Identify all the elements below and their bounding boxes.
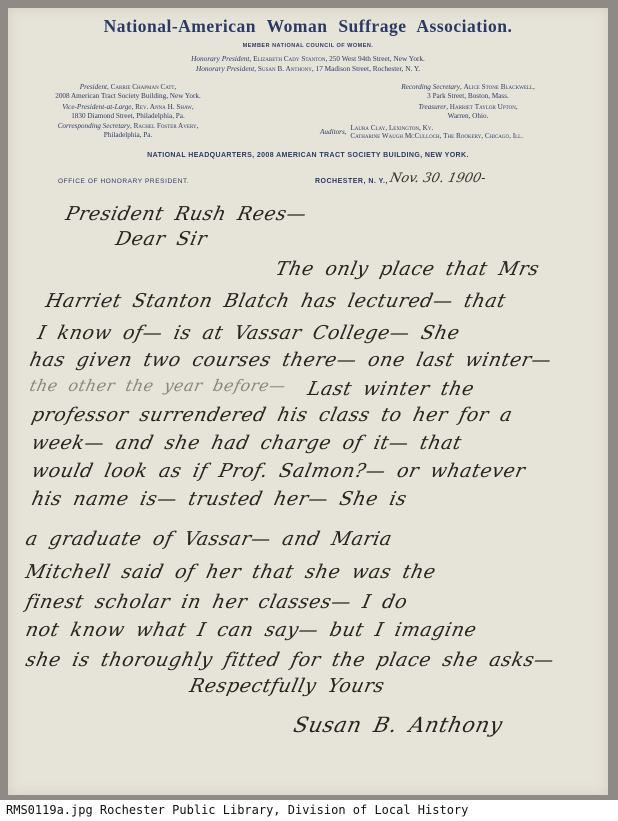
letter-line: Last winter the xyxy=(306,378,477,400)
auditor-2: Catharine Waugh McCulloch, The Rookery, … xyxy=(350,132,523,140)
letter-line: Harriet Stanton Blatch has lectured— tha… xyxy=(44,290,508,312)
officer-auditors: Auditors, Laura Clay, Lexington, Ky. Cat… xyxy=(320,124,523,140)
name: Carrie Chapman Catt, xyxy=(111,83,177,91)
address: 17 Madison Street, Rochester, N. Y. xyxy=(316,64,421,73)
place-line: ROCHESTER, N. Y., xyxy=(315,178,388,185)
letter-line: his name is— trusted her— She is xyxy=(30,488,409,510)
letter-line: The only place that Mrs xyxy=(274,258,542,280)
letter-line: the other the year before— xyxy=(28,376,288,395)
letter-line: Mitchell said of her that she was the xyxy=(24,561,438,583)
address: 250 West 94th Street, New York. xyxy=(329,54,425,63)
office-line: OFFICE OF HONORARY PRESIDENT. xyxy=(58,178,189,185)
officer-president: President, Carrie Chapman Catt, 2008 Ame… xyxy=(28,83,228,101)
letter-line: she is thoroughly fitted for the place s… xyxy=(24,649,557,671)
role: Corresponding Secretary xyxy=(58,122,130,130)
address: Philadelphia, Pa. xyxy=(104,131,153,139)
officer-treasurer: Treasurer, Harriet Taylor Upton, Warren,… xyxy=(358,103,578,121)
letter-line: not know what I can say— but I imagine xyxy=(24,619,479,641)
name: Rev. Anna H. Shaw, xyxy=(135,103,194,111)
auditor-1: Laura Clay, Lexington, Ky. xyxy=(350,124,433,132)
address: 2008 American Tract Society Building, Ne… xyxy=(55,92,201,100)
name: Rachel Foster Avery, xyxy=(134,122,199,130)
address: 1830 Diamond Street, Philadelphia, Pa. xyxy=(71,112,185,120)
name: Alice Stone Blackwell, xyxy=(464,83,535,91)
letter-page: National-American Woman Suffrage Associa… xyxy=(8,8,608,795)
member-line: MEMBER NATIONAL COUNCIL OF WOMEN. xyxy=(8,43,608,49)
role: Honorary President xyxy=(191,54,249,63)
letter-line: would look as if Prof. Salmon?— or whate… xyxy=(30,460,528,482)
salutation-addressee: President Rush Rees— xyxy=(64,203,309,225)
name: Elizabeth Cady Stanton xyxy=(253,54,325,63)
role: Auditors, xyxy=(320,128,347,136)
role: Honorary President xyxy=(196,64,254,73)
signature: Susan B. Anthony xyxy=(291,713,505,737)
faint-text: the other the year before— xyxy=(28,376,288,395)
letterhead-title: National-American Woman Suffrage Associa… xyxy=(8,16,608,37)
address: 3 Park Street, Boston, Mass. xyxy=(427,92,509,100)
role: Recording Secretary xyxy=(401,83,460,91)
closing: Respectfully Yours xyxy=(188,675,387,697)
headquarters-line: NATIONAL HEADQUARTERS, 2008 AMERICAN TRA… xyxy=(8,152,608,159)
image-caption: RMS0119a.jpg Rochester Public Library, D… xyxy=(6,803,468,817)
officer-corresponding-secretary: Corresponding Secretary, Rachel Foster A… xyxy=(28,122,228,140)
role: President xyxy=(80,83,107,91)
officer-vice-president: Vice-President-at-Large, Rev. Anna H. Sh… xyxy=(28,103,228,121)
letter-line: week— and she had charge of it— that xyxy=(30,432,464,454)
honorary-president-2: Honorary President, Susan B. Anthony, 17… xyxy=(8,64,608,73)
role: Vice-President-at-Large xyxy=(62,103,131,111)
letter-line: a graduate of Vassar— and Maria xyxy=(24,528,395,550)
salutation: Dear Sir xyxy=(114,228,210,250)
letter-line: finest scholar in her classes— I do xyxy=(24,591,410,613)
letter-date: Nov. 30. 1900- xyxy=(388,171,487,186)
honorary-president-1: Honorary President, Elizabeth Cady Stant… xyxy=(8,54,608,63)
letter-line: professor surrendered his class to her f… xyxy=(30,404,515,426)
name: Harriet Taylor Upton, xyxy=(450,103,518,111)
letter-line: has given two courses there— one last wi… xyxy=(28,349,554,371)
name: Susan B. Anthony xyxy=(258,64,312,73)
officer-recording-secretary: Recording Secretary, Alice Stone Blackwe… xyxy=(358,83,578,101)
address: Warren, Ohio. xyxy=(448,112,489,120)
letter-line: I know of— is at Vassar College— She xyxy=(36,322,462,344)
role: Treasurer xyxy=(418,103,446,111)
